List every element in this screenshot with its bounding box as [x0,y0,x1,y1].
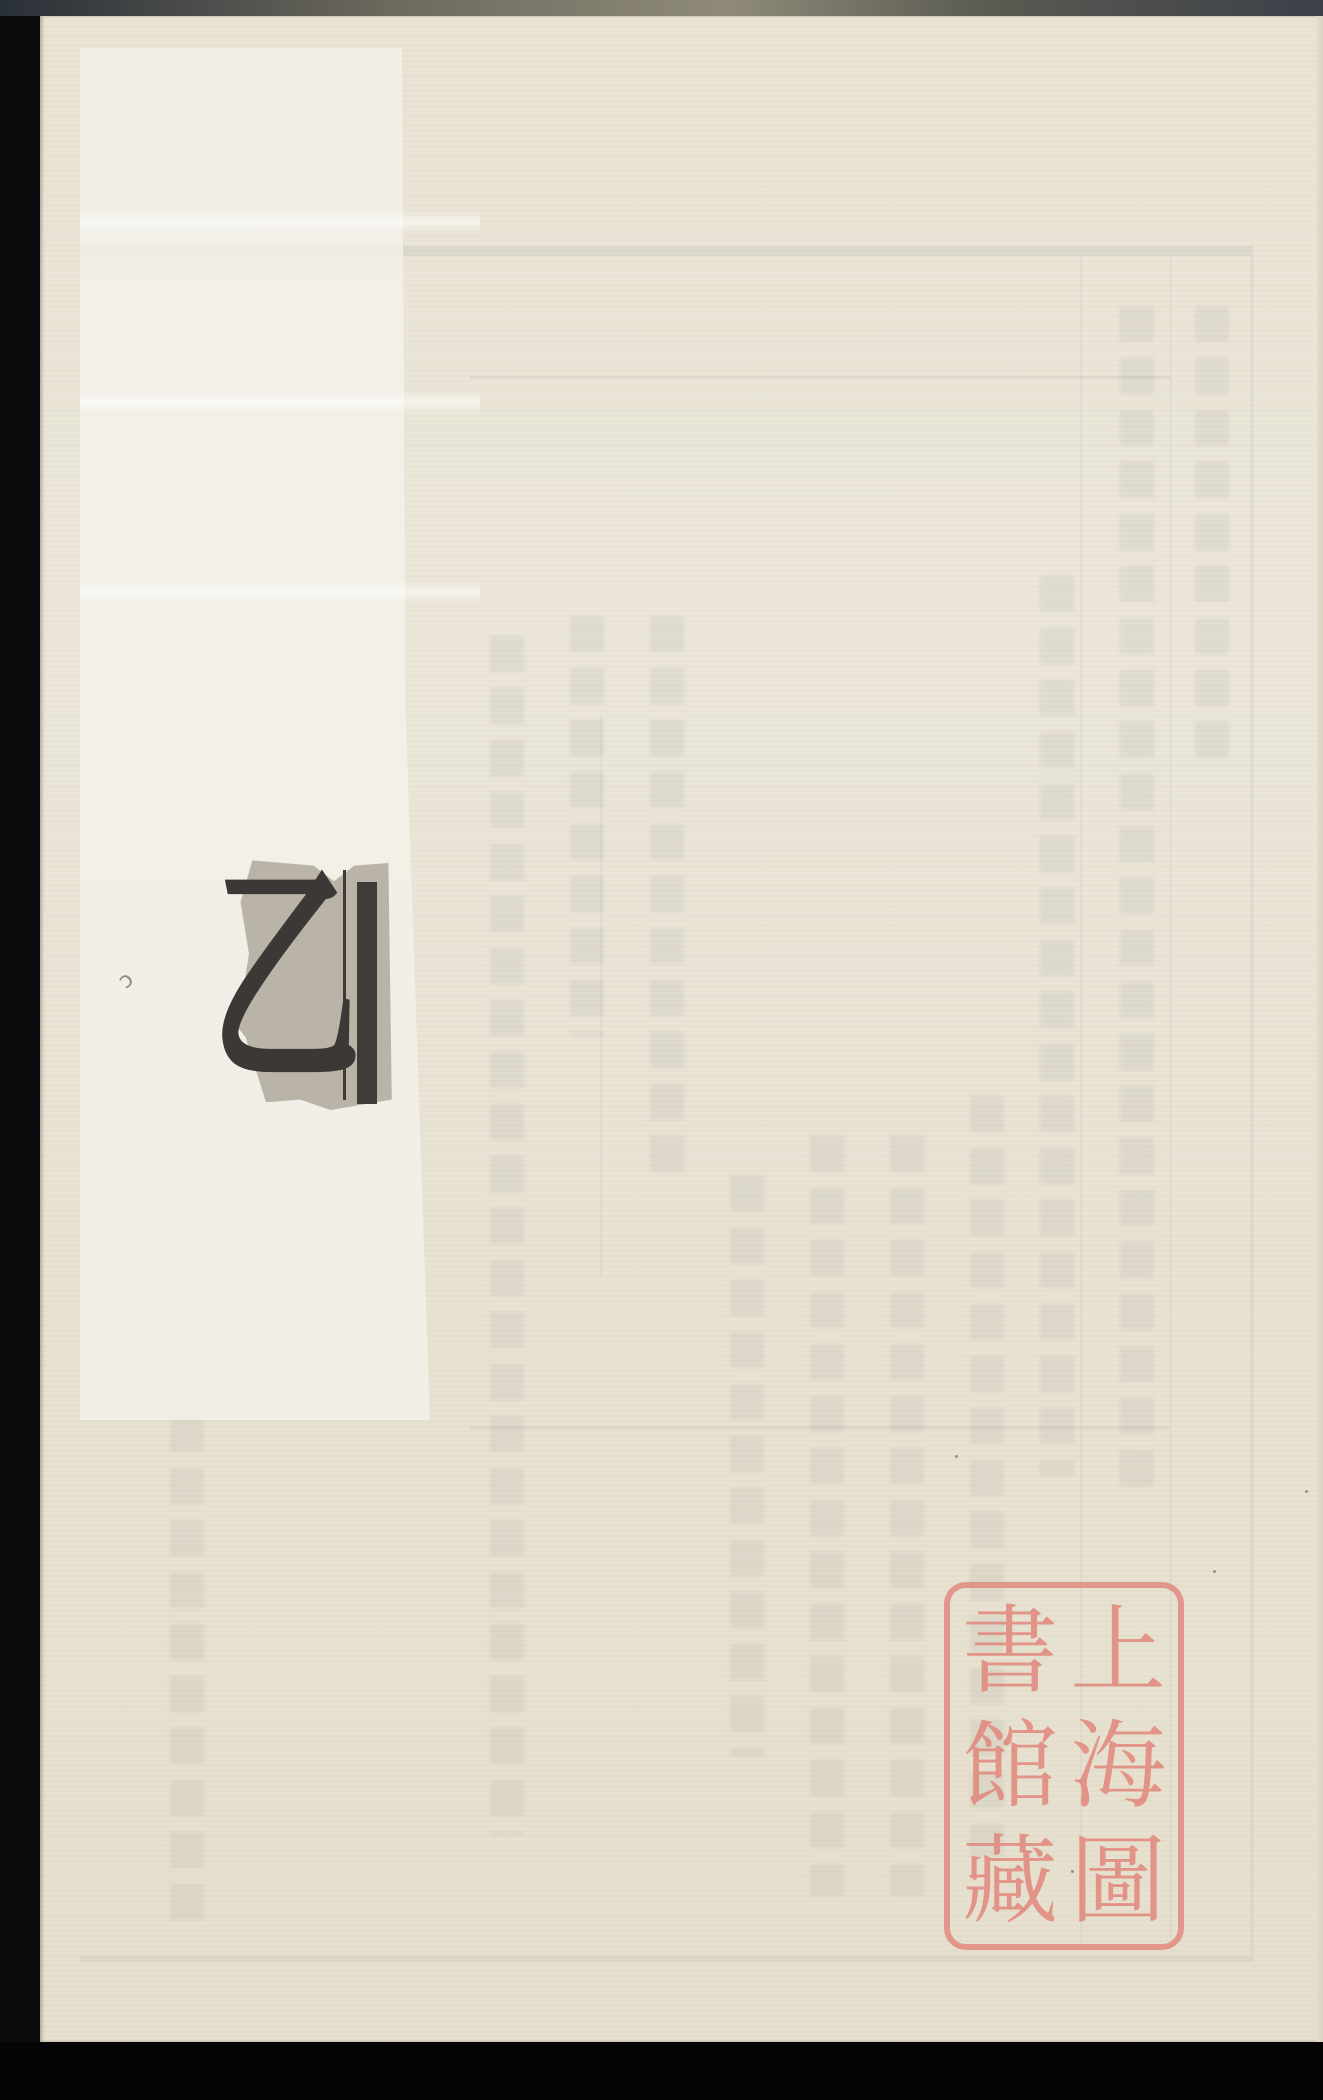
paper-speck [955,1455,958,1458]
tissue-crease [80,580,480,604]
seal-character: 館 [956,1709,1064,1824]
tissue-crease [80,210,480,234]
bleed-through-text-column [490,636,524,1836]
bleed-through-text-column [1195,306,1229,766]
fragment-border-rule [357,882,377,1104]
bleed-through-rule [470,376,1170,379]
paper-speck [1213,1570,1216,1573]
fragment-column-rule [343,870,346,1100]
mending-tissue-strip [80,48,430,1420]
library-seal: 書 館 藏 上 海 圖 [944,1582,1184,1950]
bleed-through-text-column [730,1176,764,1756]
bleed-through-text-column [1040,576,1074,1476]
bleed-through-text-column [810,1136,844,1896]
fragment-character: 乙 [236,786,336,1170]
paper-speck [1305,1490,1308,1493]
scanner-background-top [0,0,1323,16]
seal-character: 海 [1064,1709,1172,1824]
seal-character: 上 [1064,1594,1172,1709]
seal-character: 藏 [956,1823,1064,1938]
paper-speck [1071,1870,1074,1873]
leaf-edge [1317,16,1323,2042]
bleed-through-text-column [1120,306,1154,1486]
scanner-background-bottom [0,2042,1323,2100]
bleed-through-text-column [650,616,684,1176]
seal-character: 書 [956,1594,1064,1709]
bleed-through-text-column [890,1136,924,1896]
seal-character: 圖 [1064,1823,1172,1938]
bleed-through-text-column [570,616,604,1036]
bleed-through-text-column [170,1416,204,1936]
tissue-crease [80,390,480,414]
